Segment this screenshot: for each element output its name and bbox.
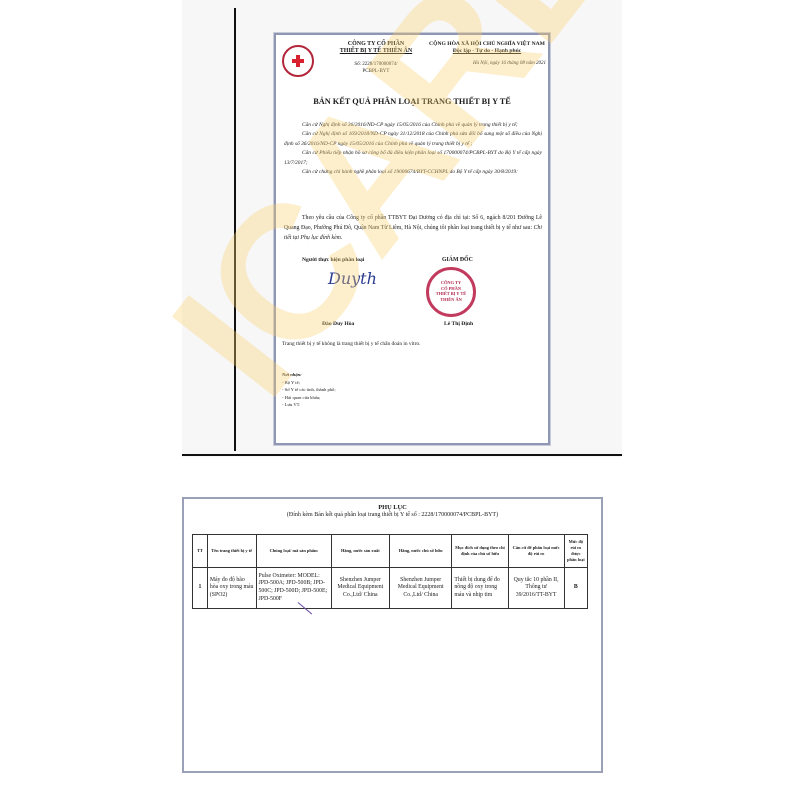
classifier-name: Đào Duy Hòa <box>322 321 354 327</box>
company-stamp: CÔNG TY CỔ PHẦN THIẾT BỊ Y TẾ THIÊN ÂN <box>426 267 476 317</box>
device-name: Máy đo độ bão hòa oxy trong máu (SPO2) <box>207 568 256 609</box>
legal-basis-list: Căn cứ Nghị định số 36/2016/ND-CP ngày 1… <box>284 121 542 177</box>
column-header: Chủng loại/ mã sản phẩm <box>256 535 331 568</box>
column-header: Tên trang thiết bị y tế <box>207 535 256 568</box>
table-header-row: TT Tên trang thiết bị y tế Chủng loại/ m… <box>193 535 588 568</box>
in-vitro-note: Trang thiết bị y tế không là trang thiết… <box>282 341 420 347</box>
column-header: Hãng, nước sản xuất <box>331 535 389 568</box>
column-header: Mục đích sử dụng theo chỉ định của chủ s… <box>452 535 508 568</box>
column-header: Hãng, nước chủ sở hữu <box>389 535 451 568</box>
recipient-item: - Bộ Y tế; <box>282 379 336 387</box>
director-name: Lê Thị Định <box>444 321 473 327</box>
request-paragraph: Theo yêu cầu của Công ty cổ phần TTBYT Đ… <box>284 213 542 243</box>
legal-basis-item: Căn cứ Phiếu tiếp nhận hồ sơ công bố đủ … <box>284 149 542 168</box>
appendix-title: PHỤ LỤC <box>184 504 601 511</box>
classification-basis: Quy tắc 10 phần II, Thông tư 39/2016/TT-… <box>508 568 564 609</box>
column-header: Mức độ rủi ro được phân loại <box>564 535 587 568</box>
recipients-label: Nơi nhận: <box>282 371 336 379</box>
intended-purpose: Thiết bị dung để đo nồng độ oxy trong má… <box>452 568 508 609</box>
legal-basis-item: Căn cứ chứng chỉ hành nghề phân loại số … <box>284 168 542 177</box>
risk-class: B <box>564 568 587 609</box>
appendix-page: PHỤ LỤC (Đính kèm Bản kết quả phân loại … <box>182 497 603 773</box>
company-name: CÔNG TY CỔ PHẦN THIẾT BỊ Y TẾ THIÊN ÂN <box>326 41 426 55</box>
legal-basis-item: Căn cứ Nghị định số 36/2016/ND-CP ngày 1… <box>284 121 542 130</box>
legal-basis-item: Căn cứ Nghị định số 169/2018/ND-CP ngày … <box>284 130 542 149</box>
scan-edge-horizontal-line <box>182 454 622 456</box>
owner: Shenzhen Jumper Medical Equipment Co.,Lt… <box>389 568 451 609</box>
classification-result-page: CÔNG TY CỔ PHẦN THIẾT BỊ Y TẾ THIÊN ÂN S… <box>274 33 550 445</box>
manufacturer: Shenzhen Jumper Medical Equipment Co.,Lt… <box>331 568 389 609</box>
document-number: Số: 2228/170000074/ PCBPL-BYT <box>326 61 426 75</box>
table-row: 1 Máy đo độ bão hòa oxy trong máu (SPO2)… <box>193 568 588 609</box>
recipient-item: - Hải quan cửa khẩu; <box>282 394 336 402</box>
column-header: Căn cứ để phân loại mức độ rủi ro <box>508 535 564 568</box>
recipient-item: - Sở Y tế các tỉnh, thành phố; <box>282 386 336 394</box>
director-title: GIÁM ĐỐC <box>442 257 473 263</box>
row-number: 1 <box>193 568 208 609</box>
recipients-block: Nơi nhận: - Bộ Y tế; - Sở Y tế các tỉnh,… <box>282 371 336 409</box>
column-header: TT <box>193 535 208 568</box>
document-date: Hà Nội, ngày 16 tháng 08 năm 2021 <box>426 61 546 66</box>
national-header: CỘNG HÒA XÃ HỘI CHỦ NGHĨA VIỆT NAM Độc l… <box>426 41 548 55</box>
company-logo-icon <box>282 45 314 77</box>
appendix-table: TT Tên trang thiết bị y tế Chủng loại/ m… <box>192 534 588 609</box>
classifier-signature: Duyth <box>328 269 377 288</box>
document-title: BẢN KẾT QUẢ PHÂN LOẠI TRANG THIẾT BỊ Y T… <box>276 97 548 106</box>
device-models: Pulse Oximeter: MODEL: JPD-500A; JPD-500… <box>256 568 331 609</box>
recipient-item: - Lưu VT. <box>282 401 336 409</box>
appendix-subtitle: (Đính kèm Bản kết quả phân loại trang th… <box>184 512 601 518</box>
scan-edge-vertical-line <box>234 8 236 451</box>
classifier-title: Người thực hiện phân loại <box>302 257 364 263</box>
